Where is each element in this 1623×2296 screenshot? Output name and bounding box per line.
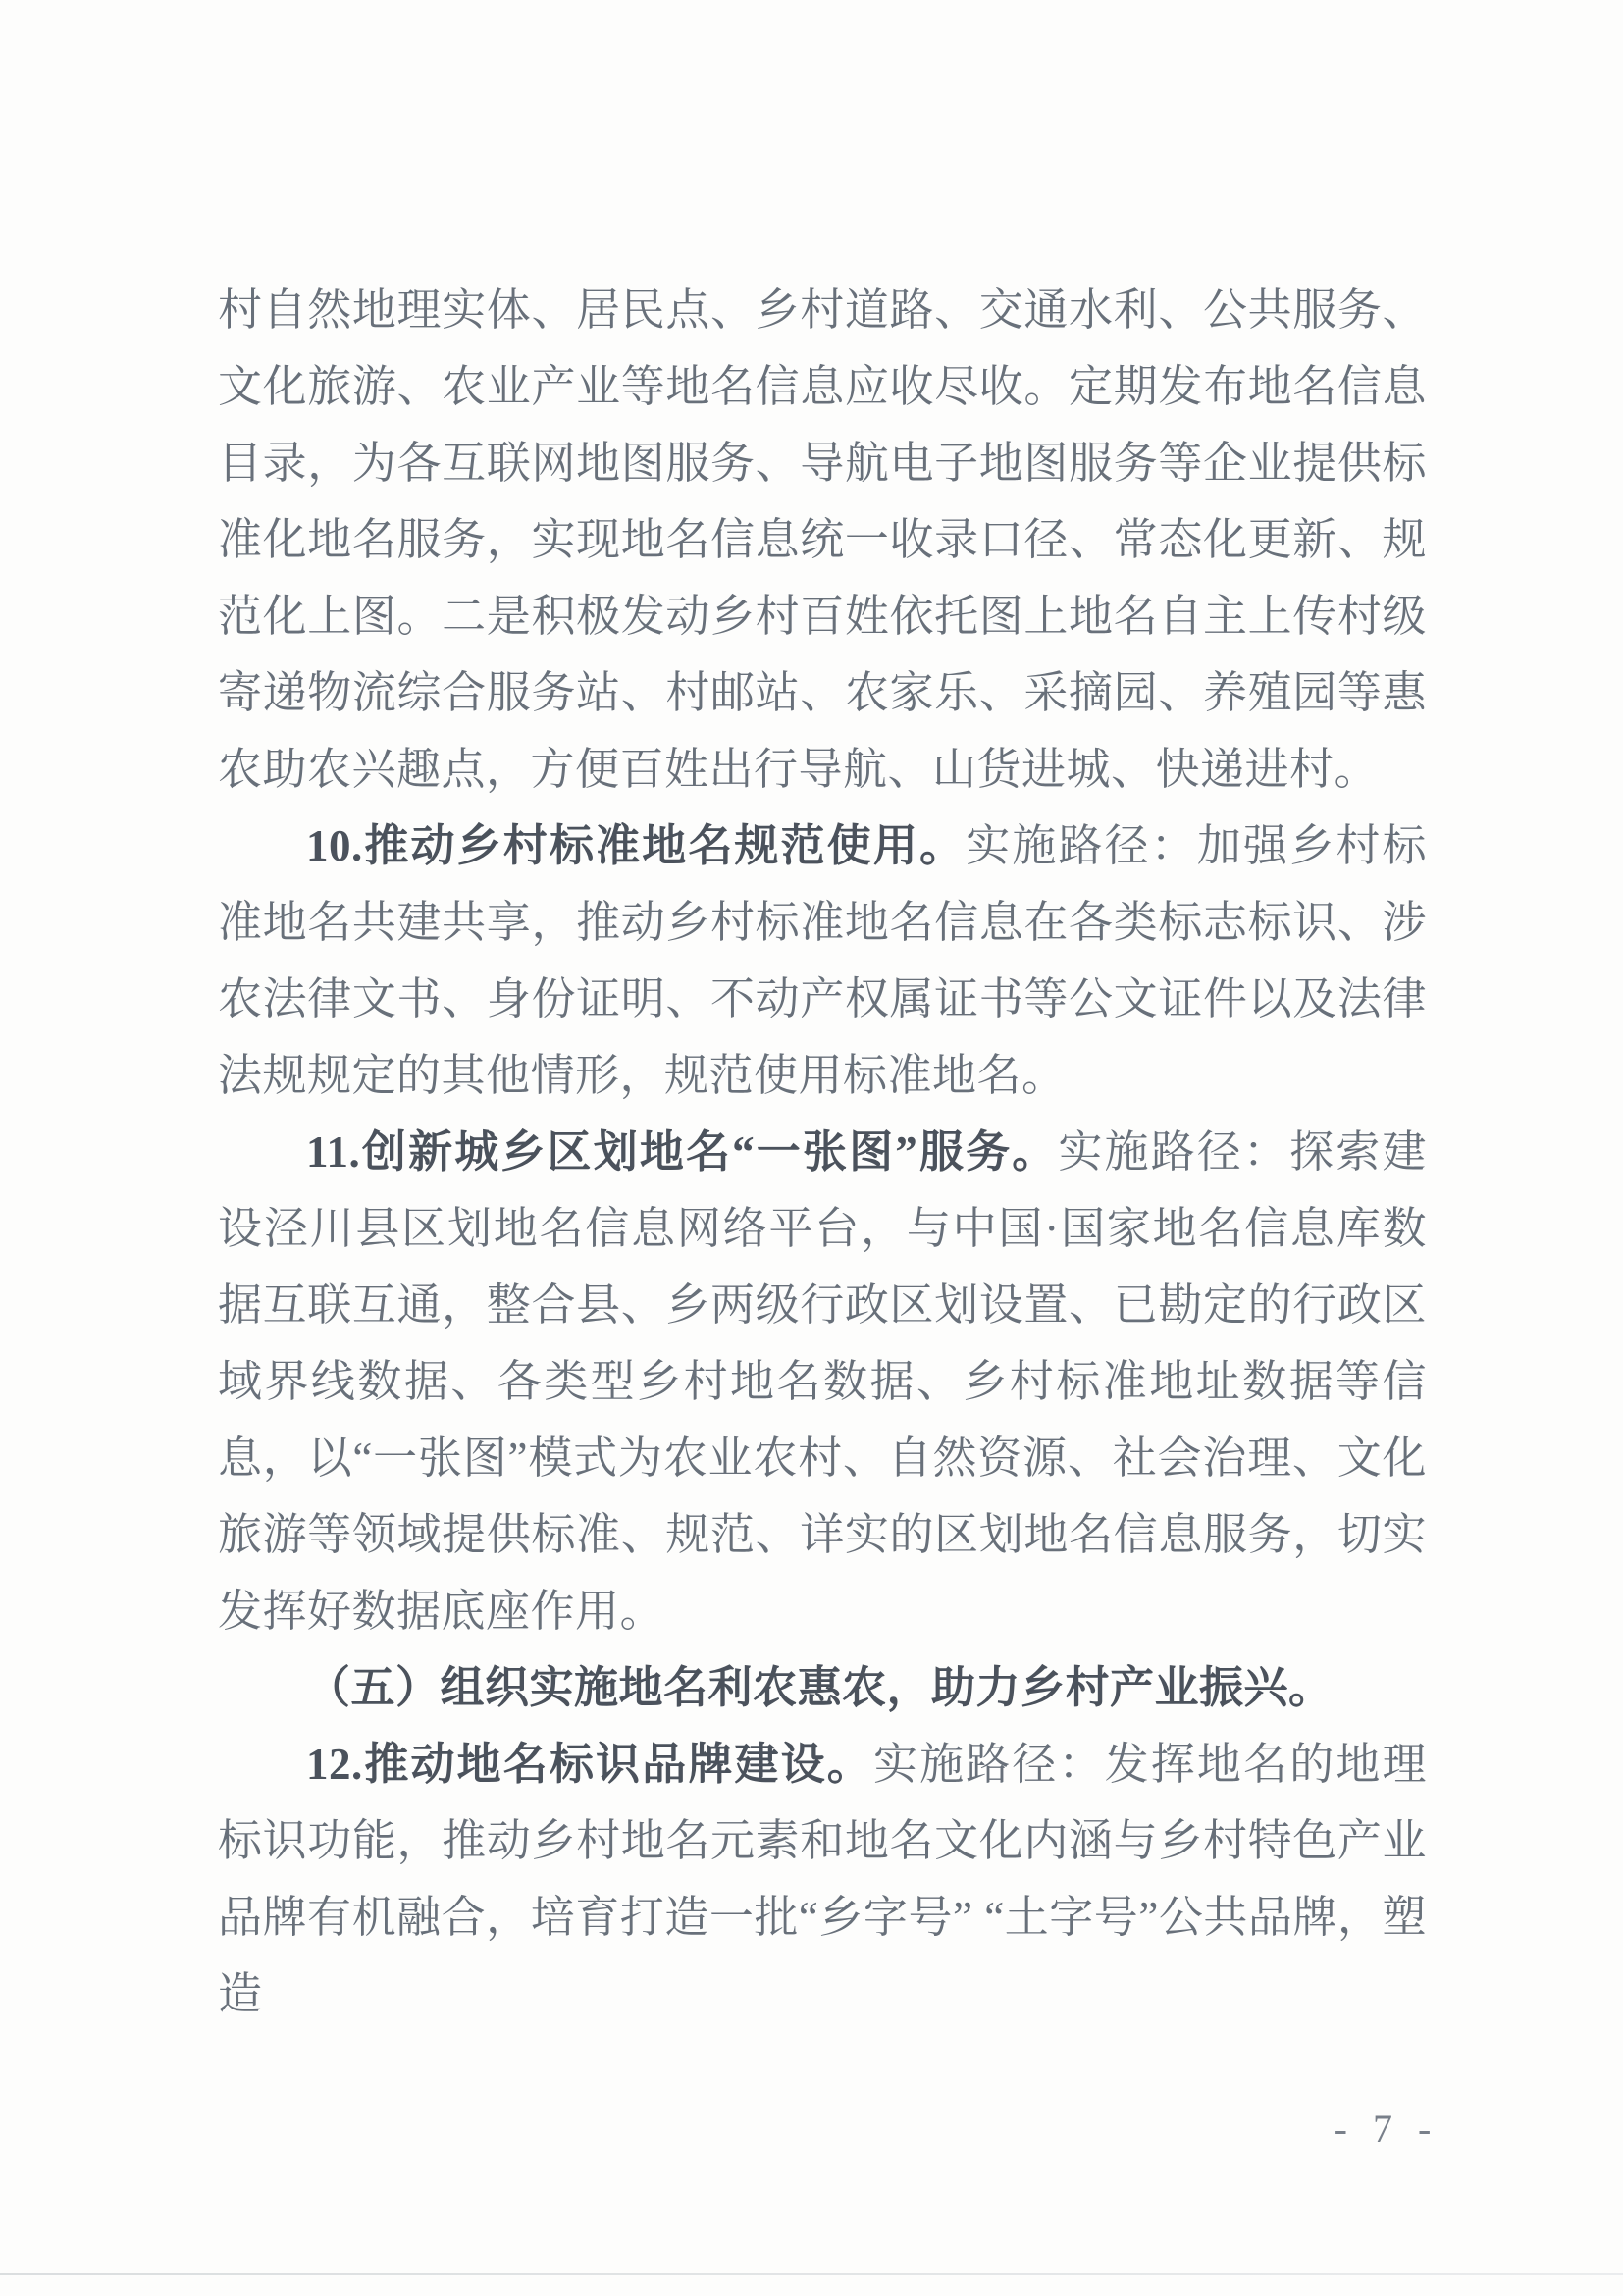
paragraph: 村自然地理实体、居民点、乡村道路、交通水利、公共服务、文化旅游、农业产业等地名信… bbox=[218, 272, 1427, 808]
paragraph-text: 实施路径：探索建设泾川县区划地名信息网络平台，与中国·国家地名信息库数据互联互通… bbox=[218, 1127, 1427, 1636]
paragraph: 11.创新城乡区划地名“一张图”服务。实施路径：探索建设泾川县区划地名信息网络平… bbox=[218, 1114, 1427, 1649]
page-number: - 7 - bbox=[1313, 2106, 1460, 2153]
paragraph-text: 村自然地理实体、居民点、乡村道路、交通水利、公共服务、文化旅游、农业产业等地名信… bbox=[218, 286, 1427, 794]
scan-edge-line bbox=[0, 2273, 1623, 2275]
body-text: 村自然地理实体、居民点、乡村道路、交通水利、公共服务、文化旅游、农业产业等地名信… bbox=[218, 272, 1427, 2032]
item-11-heading: 11.创新城乡区划地名“一张图”服务。 bbox=[306, 1127, 1058, 1176]
paragraph: 10.推动乡村标准地名规范使用。实施路径：加强乡村标准地名共建共享，推动乡村标准… bbox=[218, 808, 1427, 1114]
item-10-heading: 10.推动乡村标准地名规范使用。 bbox=[306, 821, 966, 870]
paragraph: （五）组织实施地名利农惠农，助力乡村产业振兴。 bbox=[218, 1649, 1427, 1726]
paragraph: 12.推动地名标识品牌建设。实施路径：发挥地名的地理标识功能，推动乡村地名元素和… bbox=[218, 1726, 1427, 2032]
section-5-heading: （五）组织实施地名利农惠农，助力乡村产业振兴。 bbox=[306, 1663, 1334, 1712]
document-page: 村自然地理实体、居民点、乡村道路、交通水利、公共服务、文化旅游、农业产业等地名信… bbox=[0, 0, 1623, 2296]
item-12-heading: 12.推动地名标识品牌建设。 bbox=[306, 1740, 873, 1789]
